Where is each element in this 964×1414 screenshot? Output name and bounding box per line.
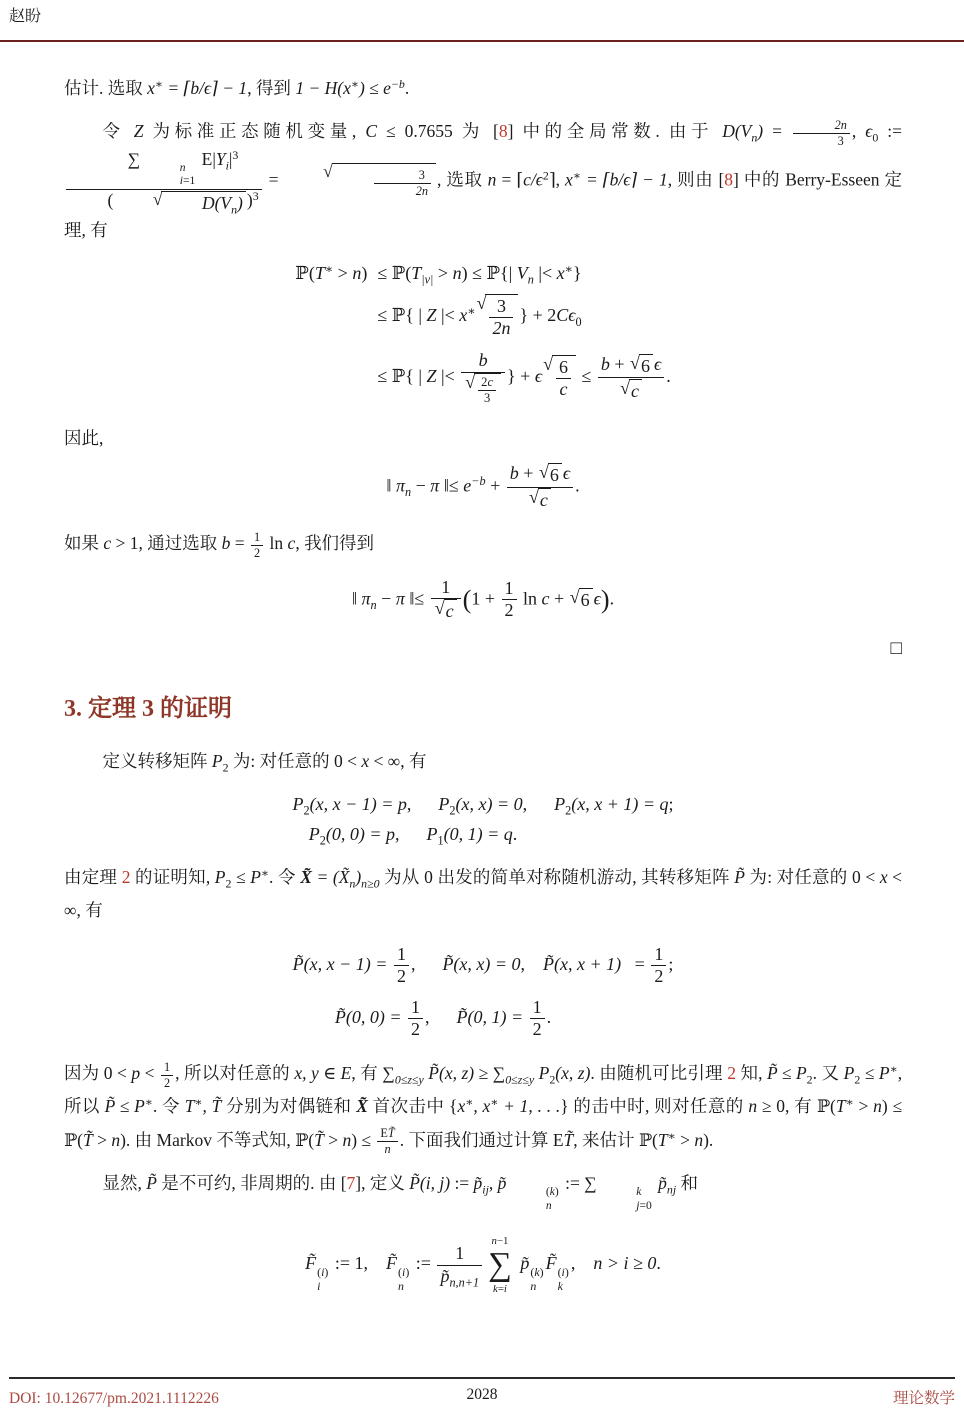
fraction: 12 <box>161 1060 173 1090</box>
text-run: 0 <box>872 131 878 145</box>
text-run: 2 <box>543 168 549 182</box>
text-run: π <box>362 588 371 608</box>
text-run: X̃ <box>356 1096 368 1116</box>
denominator: 2n <box>489 317 513 340</box>
text-run: 3 <box>232 148 238 162</box>
radicand: c <box>629 379 642 403</box>
text-run: P̃(x, x − 1) = <box>293 954 392 974</box>
script-stack: (k)n <box>507 1186 558 1213</box>
script-stack: kj=0 <box>598 1186 652 1213</box>
running-author: 赵盼 <box>0 0 41 26</box>
numerator: 1 <box>408 997 423 1019</box>
subscript: i=1 <box>141 175 195 189</box>
text-run: ij <box>482 1182 489 1196</box>
eq-row2: ≤ ℙ{ | Z |< x∗√32n} + 2Cϵ0 <box>377 294 670 340</box>
footer-rule <box>9 1377 955 1379</box>
radicand: 32n <box>332 163 436 198</box>
para-define-p2: 定义转移矩阵 P2 为: 对任意的 0 < x < ∞, 有 <box>64 745 902 778</box>
text-run: k <box>558 1279 563 1293</box>
text-run: b <box>222 533 231 553</box>
text-run: n <box>873 1096 882 1116</box>
eq-p2-definition: P2(x, x − 1) = p, P2(x, x) = 0, P2(x, x … <box>64 794 902 845</box>
subscript: n <box>398 1279 404 1293</box>
text-run: x <box>557 263 565 283</box>
para-berry-esseen-setup: 令 Z 为标准正态随机变量, C ≤ 0.7655 为 [8] 中的全局常数. … <box>64 115 902 247</box>
text-run: ∗ <box>573 168 581 182</box>
text-run: P̃(0, 0) = <box>335 1007 406 1027</box>
text-run: n <box>352 263 361 283</box>
sum-symbol: ∑ <box>488 1248 512 1283</box>
radical: √c <box>529 488 551 512</box>
radical: √32n <box>285 163 436 198</box>
text-run: (x, x + 1) = q <box>571 794 668 814</box>
eq-p2-line2: P2(0, 0) = p, P1(0, 1) = q. <box>64 824 902 845</box>
text-run: b <box>601 354 610 374</box>
text-run: k <box>493 1283 498 1295</box>
text-run: C <box>365 121 377 141</box>
text-run: ∗ <box>565 262 573 276</box>
radical: √6 <box>630 354 653 378</box>
text-run: p <box>131 1063 140 1083</box>
text-run: P̃(0, 1) = <box>457 1007 528 1027</box>
text-run: ∗ <box>155 77 163 91</box>
numerator: 1 <box>431 577 461 599</box>
text-run: T̃ <box>83 1130 93 1150</box>
fraction: 1p̃n,n+1 <box>437 1243 482 1287</box>
text-run: ∗ <box>145 1095 153 1109</box>
text-run: c <box>446 601 454 621</box>
superscript: (i) <box>317 1265 328 1279</box>
text-run: = ⌈b/ϵ⌉ − 1 <box>581 169 668 189</box>
denominator: 2 <box>502 599 517 622</box>
text-run: ∗ <box>325 262 333 276</box>
text-run: n <box>371 598 377 612</box>
script-stack: (i)k <box>558 1265 569 1293</box>
fraction: 32n <box>374 168 431 198</box>
radicand: c <box>538 488 551 512</box>
text-run: P <box>212 751 223 771</box>
denominator: √2c3 <box>461 372 505 406</box>
numerator: 1 <box>437 1243 482 1265</box>
text-run: x <box>147 78 155 98</box>
eq-ptilde-line2-content: P̃(0, 0) = 12, P̃(0, 1) = 12. <box>335 997 551 1041</box>
text-run: P <box>844 1063 855 1083</box>
radical: √c <box>435 599 457 623</box>
text-run: i <box>226 158 229 172</box>
radical-sign: √ <box>114 191 162 209</box>
subscript: i <box>317 1279 320 1293</box>
numerator: ∑ni=1 E|Yi|3 <box>66 149 262 190</box>
text-run: Z <box>426 366 436 386</box>
text-run: |v| <box>421 272 433 286</box>
text-run: c <box>631 381 639 401</box>
text-run: ∗ <box>846 1095 854 1109</box>
text-run: p̃ <box>654 1173 667 1193</box>
superscript: k <box>598 1186 642 1200</box>
text-run: 0≤z≤y <box>505 1073 534 1087</box>
radical-sign: √ <box>285 163 333 181</box>
numerator: 3 <box>374 168 431 183</box>
radicand: 6 <box>579 588 593 611</box>
text-run: ϵ <box>654 354 661 374</box>
section-heading: 3. 定理 3 的证明 <box>64 688 902 723</box>
numerator: 2n <box>793 118 850 133</box>
fraction: ET̃n <box>377 1126 397 1156</box>
denominator: 2 <box>530 1018 545 1041</box>
numerator: b <box>461 350 505 372</box>
text-run: ∗ <box>194 1095 202 1109</box>
fraction: 12 <box>651 944 666 988</box>
text-run: = ⌈b/ϵ⌉ − 1 <box>163 78 247 98</box>
text-run: , x <box>473 1096 490 1116</box>
text-run: ) <box>601 585 610 614</box>
text-run: 2n <box>492 318 510 338</box>
running-header: 赵盼 <box>0 0 964 26</box>
qed-symbol: □ <box>891 638 902 659</box>
fraction: 12 <box>394 944 409 988</box>
text-run: n <box>528 272 534 286</box>
text-run: c/ϵ <box>523 169 543 189</box>
text-run: T <box>411 263 421 283</box>
text-run: (x, x − 1) = p <box>310 794 407 814</box>
text-run: n <box>398 1279 404 1293</box>
text-run: ∗ <box>668 1129 676 1143</box>
fraction: 1√c <box>431 577 461 623</box>
text-run: p̃ <box>498 1173 507 1193</box>
page-footer: DOI: 10.12677/pm.2021.1112226 2028 理论数学 <box>9 1377 955 1408</box>
subscript: n <box>530 1279 536 1293</box>
text-run: i <box>562 1265 565 1279</box>
text-run: b <box>510 463 519 483</box>
text-run: ϵ <box>535 366 542 386</box>
denominator: 3 <box>478 390 496 406</box>
text-run: + 1, . . . <box>498 1096 560 1116</box>
text-run: n <box>748 1096 757 1116</box>
eq-row1: ≤ ℙ(T|v| > n) ≤ ℙ{| Vn |< x∗} <box>377 263 670 284</box>
denominator: 2 <box>651 965 666 988</box>
text-run: i <box>402 1265 405 1279</box>
text-run: (0, 0) = p <box>326 824 395 844</box>
eq-lhs: ℙ(T∗ > n) <box>295 263 367 284</box>
para-irreducible-aperiodic: 显然, P̃ 是不可约, 非周期的. 由 [7], 定义 P̃(i, j) :=… <box>64 1167 902 1214</box>
denominator: 2 <box>394 965 409 988</box>
footer-doi-link[interactable]: DOI: 10.12677/pm.2021.1112226 <box>9 1390 219 1408</box>
text-run: n <box>453 263 462 283</box>
para-stochastic-comparison: 因为 0 < p < 12, 所以对任意的 x, y ∈ E, 有 ∑0≤z≤y… <box>64 1057 902 1157</box>
text-run: −b <box>471 474 485 488</box>
text-run: (x, z) <box>555 1063 590 1083</box>
text-run: 0 <box>576 315 582 329</box>
text-run: F̃ <box>546 1253 557 1273</box>
text-run: P̃ ≤ P <box>105 1096 145 1116</box>
denominator: √c <box>598 377 664 402</box>
text-run: p̃ <box>474 1173 483 1193</box>
radical: √6c <box>543 355 576 401</box>
numerator: 6 <box>556 357 571 379</box>
text-run: ) ≤ e <box>359 78 391 98</box>
text-run: P̃(i, j) <box>409 1173 450 1193</box>
eq-pi-distance-logc: ‖ πn − π ‖≤ 1√c(1 + 12 ln c + √6ϵ). <box>64 577 902 623</box>
radicand: 32n <box>485 294 518 340</box>
superscript: (i) <box>398 1265 409 1279</box>
fraction: 2n3 <box>793 118 850 148</box>
fraction: 12 <box>530 997 545 1041</box>
text-run: P <box>438 794 449 814</box>
text-run: b <box>479 350 488 370</box>
denominator: 2 <box>161 1075 173 1091</box>
text-run: n <box>694 1130 703 1150</box>
text-run: ) <box>237 193 243 213</box>
eq-ptilde-line2: P̃(0, 0) = 12, P̃(0, 1) = 12. <box>64 997 902 1041</box>
text-run: Z <box>426 305 436 325</box>
fraction: 12 <box>502 578 517 622</box>
text-run: 2 <box>223 760 229 774</box>
text-run: 1 − H(x <box>295 78 351 98</box>
radical: √D(Vn) <box>114 191 246 214</box>
text-run: i <box>504 1283 507 1295</box>
eq-p2-line1: P2(x, x − 1) = p, P2(x, x) = 0, P2(x, x … <box>64 794 902 815</box>
eq-row3: ≤ ℙ{ | Z |< b√2c3} + ϵ√6c ≤ b + √6ϵ√c. <box>377 350 670 406</box>
radical: √6 <box>570 588 593 611</box>
denominator: (√D(Vn))3 <box>66 189 262 213</box>
text-run: D(V <box>202 193 231 213</box>
text-run: k <box>636 1186 641 1198</box>
numerator: 1 <box>394 944 409 966</box>
text-run: x <box>565 169 573 189</box>
numerator: 3 <box>489 296 513 318</box>
text-run: P̃ <box>734 867 745 887</box>
fraction: 12 <box>251 530 263 560</box>
script-stack: (i)i <box>317 1265 328 1293</box>
text-run: (0, 1) = q <box>444 824 513 844</box>
text-run: i <box>180 175 183 187</box>
radicand: 6 <box>548 463 562 487</box>
citation-link[interactable]: 2 <box>727 1063 736 1083</box>
lower-limit: k=i <box>493 1283 507 1295</box>
qed-line: □ <box>64 639 902 658</box>
text-run: F̃ <box>386 1253 397 1273</box>
denominator: 2 <box>251 545 263 561</box>
text-run: 2n <box>416 184 428 198</box>
text-run: 2n <box>835 118 847 132</box>
text-run: T̃ <box>564 1130 574 1150</box>
denominator: √c <box>507 487 573 512</box>
text-run: = (X̃ <box>312 867 349 887</box>
text-run: ∗ <box>351 77 359 91</box>
denominator: √c <box>431 598 461 623</box>
text-run: x <box>361 751 369 771</box>
text-run: n≥0 <box>361 877 379 891</box>
text-run: ∗ <box>890 1062 898 1076</box>
text-run: x, y ∈ E <box>294 1063 351 1083</box>
superscript: (k) <box>530 1265 543 1279</box>
numerator: b + √6ϵ <box>507 463 573 487</box>
text-run: X̃ <box>300 867 312 887</box>
text-run: ϵ <box>563 463 570 483</box>
text-run: n <box>405 485 411 499</box>
denominator: p̃n,n+1 <box>437 1265 482 1288</box>
text-run: π <box>396 588 405 608</box>
fraction: b√2c3 <box>461 350 505 406</box>
text-run: x <box>880 867 888 887</box>
text-run: p̃ <box>516 1253 530 1273</box>
eq-p2-line2-content: P2(0, 0) = p, P1(0, 1) = q. <box>309 824 518 845</box>
superscript: (k) <box>507 1186 558 1200</box>
citation-link[interactable]: 8 <box>499 121 508 141</box>
eq-f-recursion: F̃(i)i := 1, F̃(i)n := 1p̃n,n+1n−1∑k=i p… <box>64 1235 902 1295</box>
numerator: 1 <box>530 997 545 1019</box>
text-run: n <box>111 1130 120 1150</box>
citation-link[interactable]: 2 <box>122 867 131 887</box>
text-run: ∗ <box>467 304 475 318</box>
text-run: n <box>530 1279 536 1293</box>
para-theorem2-random-walk: 由定理 2 的证明知, P2 ≤ P∗. 令 X̃ = (X̃n)n≥0 为从 … <box>64 861 902 928</box>
text-run: c <box>288 533 296 553</box>
denominator: c <box>556 378 571 401</box>
fraction: 2c3 <box>478 375 496 406</box>
radical: √2c3 <box>465 373 501 406</box>
subscript: j=0 <box>598 1200 652 1214</box>
denominator: 2 <box>408 1018 423 1041</box>
superscript: n <box>141 162 185 176</box>
text-run: n <box>180 162 186 174</box>
text-run: n <box>342 1130 351 1150</box>
script-stack: (k)n <box>530 1265 543 1293</box>
text-run: 0≤z≤y <box>395 1073 424 1087</box>
text-run: T̃ <box>388 1126 395 1140</box>
text-run: P̃(x, x + 1) <box>543 954 621 974</box>
text-run: ϵ <box>594 588 601 608</box>
numerator: 2c <box>478 375 496 390</box>
footer-row: DOI: 10.12677/pm.2021.1112226 2028 理论数学 <box>9 1386 955 1408</box>
numerator: ET̃ <box>377 1126 397 1141</box>
text-run: V <box>517 263 528 283</box>
footer-page-number: 2028 <box>467 1386 498 1404</box>
text-run: 2 <box>807 1073 813 1087</box>
script-stack: ni=1 <box>141 162 195 189</box>
text-run: Cϵ <box>556 305 575 325</box>
eq-ptilde-definition: P̃(x, x − 1) = 12, P̃(x, x) = 0, P̃(x, x… <box>64 944 902 1041</box>
text-run: ≤ P <box>231 867 260 887</box>
text-run: T <box>315 263 325 283</box>
radicand: 6 <box>639 354 653 378</box>
text-run: P <box>309 824 320 844</box>
text-run: c <box>542 588 550 608</box>
radicand: D(Vn) <box>161 191 245 214</box>
subscript: n <box>507 1200 551 1214</box>
text-run: (x, x) = 0 <box>455 794 522 814</box>
para-estimate: 估计. 选取 x∗ = ⌈b/ϵ⌉ − 1, 得到 1 − H(x∗) ≤ e−… <box>64 72 902 105</box>
script-stack: (i)n <box>398 1265 409 1293</box>
eq-pi-distance-bound: ‖ πn − π ‖≤ e−b + b + √6ϵ√c. <box>64 463 902 511</box>
text-run: T <box>836 1096 846 1116</box>
fraction: 12 <box>408 997 423 1041</box>
text-run: P <box>427 824 438 844</box>
text-run: i <box>321 1265 324 1279</box>
radicand: c <box>444 599 457 623</box>
text-run: π <box>430 475 439 495</box>
radicand: 6c <box>552 355 576 401</box>
text-run: n,n+1 <box>449 1275 479 1289</box>
text-run: P̃(x, z) <box>424 1063 474 1083</box>
citation-link[interactable]: 7 <box>347 1173 356 1193</box>
footer-journal-name: 理论数学 <box>893 1386 955 1408</box>
text-run: , T̃ <box>203 1096 222 1116</box>
text-run: k <box>534 1265 539 1279</box>
sum-with-limits: n−1∑k=i <box>488 1235 512 1295</box>
superscript: (i) <box>558 1265 569 1279</box>
paper-page: 赵盼 估计. 选取 x∗ = ⌈b/ϵ⌉ − 1, 得到 1 − H(x∗) ≤… <box>0 0 964 1414</box>
citation-link[interactable]: 8 <box>724 169 733 189</box>
fraction: b + √6ϵ√c <box>598 354 664 402</box>
denominator: 3 <box>793 133 850 149</box>
text-run: c <box>487 375 493 389</box>
eq-ptilde-line1: P̃(x, x − 1) = 12, P̃(x, x) = 0, P̃(x, x… <box>64 944 902 988</box>
numerator: 1 <box>502 578 517 600</box>
text-run: P̃ ≤ P <box>767 1063 807 1083</box>
text-run: n <box>546 1200 552 1212</box>
text-run: P <box>292 794 303 814</box>
text-run: ) <box>757 121 763 141</box>
text-run: ∗ <box>261 866 269 880</box>
text-run: P̃(x, x) = 0 <box>442 954 520 974</box>
fraction: ∑ni=1 E|Yi|3(√D(Vn))3 <box>66 149 262 214</box>
fraction: 6c <box>556 357 571 401</box>
text-run: c <box>103 533 111 553</box>
fraction: 32n <box>489 296 513 340</box>
text-run: ≤ P <box>860 1063 889 1083</box>
radicand: 2c3 <box>474 373 501 406</box>
text-run: Y <box>216 149 226 169</box>
para-therefore: 因此, <box>64 422 902 455</box>
text-run: 3 <box>253 189 259 203</box>
text-run: T <box>185 1096 195 1116</box>
text-run: ( <box>463 585 472 614</box>
text-run: D(V <box>722 121 751 141</box>
text-run: P <box>215 867 226 887</box>
text-run: P <box>554 794 565 814</box>
numerator: b + √6ϵ <box>598 354 664 378</box>
para-if-c-greater-1: 如果 c > 1, 通过选取 b = 12 ln c, 我们得到 <box>64 527 902 560</box>
text-run: T̃ <box>314 1130 324 1150</box>
eq-probability-chain: ℙ(T∗ > n) ≤ ℙ(T|v| > n) ≤ ℙ{| Vn |< x∗} … <box>64 263 902 406</box>
text-run: c <box>540 490 548 510</box>
numerator: 1 <box>251 530 263 545</box>
text-run: T <box>658 1130 668 1150</box>
text-run: −b <box>391 77 405 91</box>
subscript: k <box>558 1279 563 1293</box>
numerator: 1 <box>161 1060 173 1075</box>
text-run: j <box>636 1200 639 1212</box>
text-run: P <box>534 1063 549 1083</box>
text-run: c <box>560 379 568 399</box>
text-run: nj <box>667 1182 676 1196</box>
text-run: P̃ <box>146 1173 157 1193</box>
page-body: 估计. 选取 x∗ = ⌈b/ϵ⌉ − 1, 得到 1 − H(x∗) ≤ e−… <box>0 42 964 1311</box>
denominator: 2n <box>374 183 431 199</box>
denominator: n <box>377 1141 397 1157</box>
text-run: n <box>488 169 497 189</box>
text-run: F̃ <box>305 1253 316 1273</box>
radical: √6 <box>539 463 562 487</box>
text-run: n <box>384 1142 390 1156</box>
text-run: i <box>317 1279 320 1293</box>
text-run: n > i ≥ 0 <box>593 1253 656 1273</box>
text-run: k <box>550 1186 555 1198</box>
numerator: 1 <box>651 944 666 966</box>
radical: √c <box>620 379 642 403</box>
radical: √32n <box>477 294 519 340</box>
